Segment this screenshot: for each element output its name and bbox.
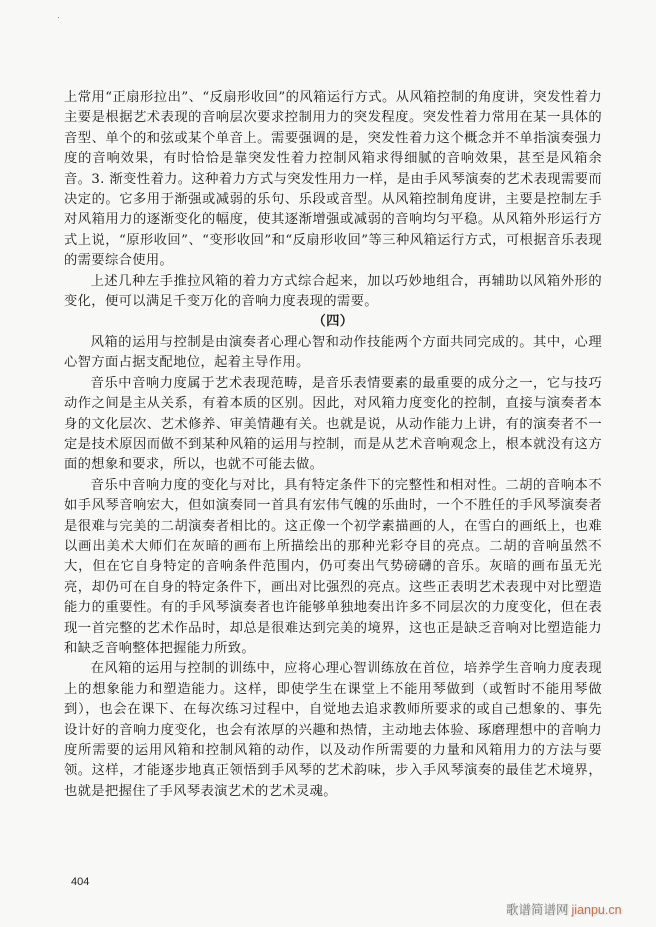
paragraph-mental-motor: 风箱的运用与控制是由演奏者心理心智和动作技能两个方面共同完成的。其中，心理心智方…	[64, 333, 602, 374]
scanned-page: 上常用“正扇形拉出”、“反扇形收回”的风箱运行方式。从风箱控制的角度讲，突发性着…	[0, 0, 656, 927]
paragraph-bellows-force-types: 上常用“正扇形拉出”、“反扇形收回”的风箱运行方式。从风箱控制的角度讲，突发性着…	[64, 88, 602, 272]
body-text: 上常用“正扇形拉出”、“反扇形收回”的风箱运行方式。从风箱控制的角度讲，突发性着…	[64, 88, 602, 802]
page-number: 404	[71, 876, 89, 888]
watermark-site-name: 歌谱简谱网	[506, 902, 569, 917]
watermark: 歌谱简谱网jianpu.cn	[506, 900, 622, 918]
section-heading: （四）	[64, 312, 602, 332]
paragraph-training: 在风箱的运用与控制的训练中，应将心理心智训练放在首位，培养学生音响力度表现上的想…	[64, 659, 602, 802]
paragraph-combined-force: 上述几种左手推拉风箱的着力方式综合起来，加以巧妙地组合，再辅助以风箱外形的变化，…	[64, 272, 602, 313]
scan-speck	[58, 17, 59, 18]
watermark-site-url: jianpu.cn	[572, 903, 622, 917]
paragraph-dynamics-contrast: 音乐中音响力度的变化与对比，具有特定条件下的完整性和相对性。二胡的音响本不如手风…	[64, 476, 602, 660]
paragraph-dynamics-art: 音乐中音响力度属于艺术表现范畴，是音乐表情要素的最重要的成分之一，它与技巧动作之…	[64, 374, 602, 476]
